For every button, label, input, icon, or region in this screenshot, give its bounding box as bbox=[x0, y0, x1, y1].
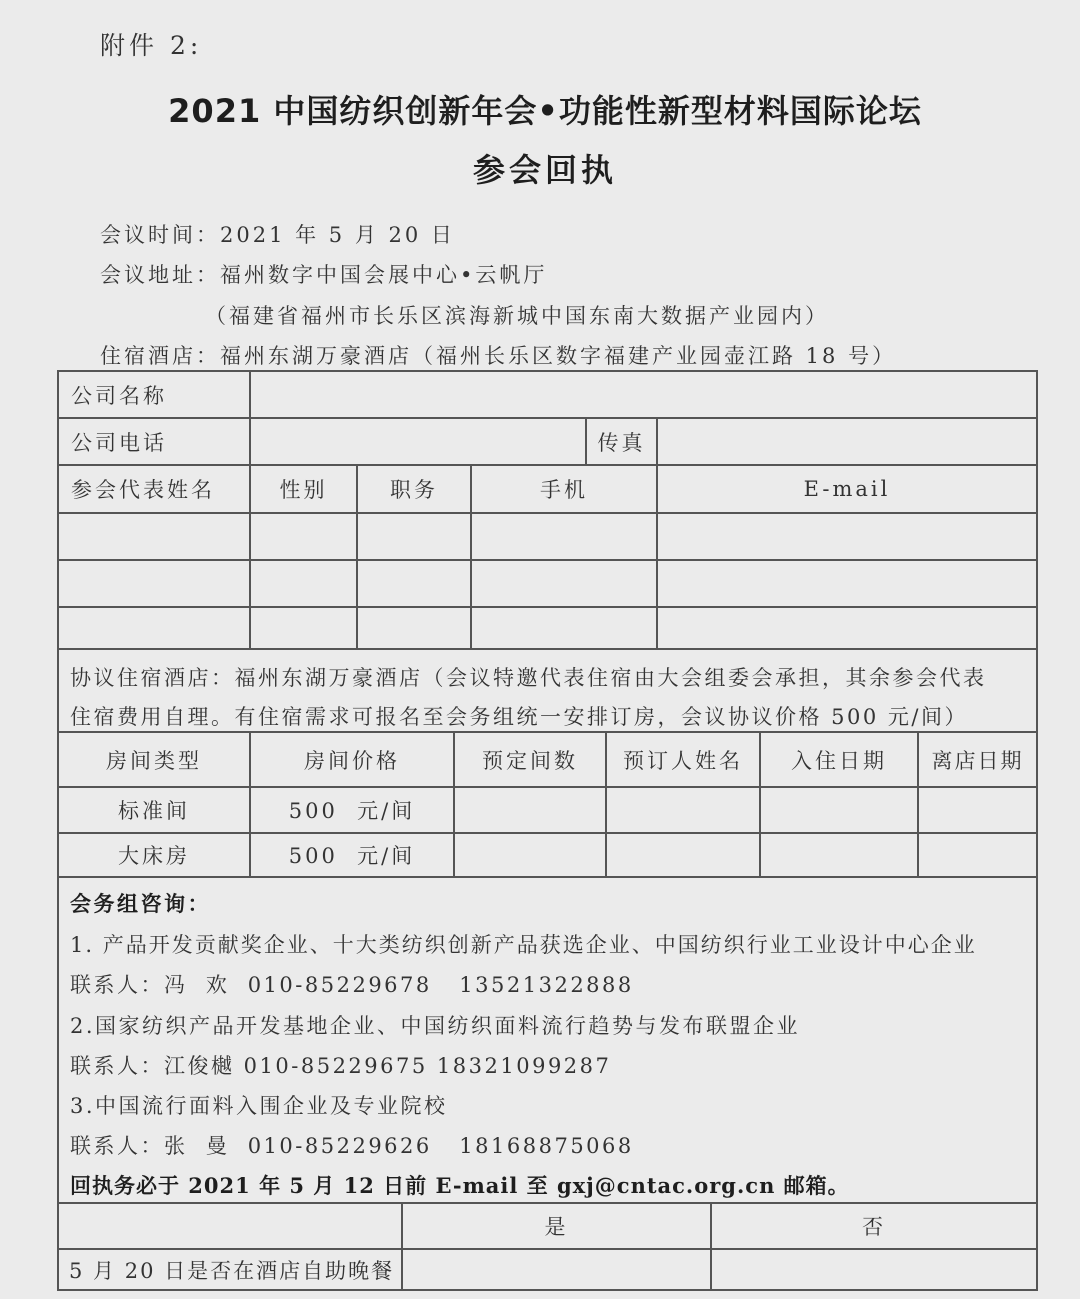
dinner-header-yes: 是 bbox=[403, 1204, 710, 1248]
room-price-standard: 500 元/间 bbox=[251, 788, 453, 832]
header-booker-name: 预订人姓名 bbox=[607, 733, 759, 786]
meeting-address-detail: （福建省福州市长乐区滨海新城中国东南大数据产业园内） bbox=[205, 300, 829, 330]
dinner-header-blank bbox=[59, 1204, 401, 1248]
participant-mobile-input[interactable] bbox=[472, 514, 656, 559]
contact-heading: 会务组咨询： bbox=[70, 888, 211, 918]
hotel-note-line2: 住宿费用自理。有住宿需求可报名至会务组统一安排订房，会议协议价格 500 元/间… bbox=[70, 701, 968, 731]
room-count-input[interactable] bbox=[455, 834, 605, 876]
header-participant-name: 参会代表姓名 bbox=[59, 466, 249, 512]
participant-position-input[interactable] bbox=[358, 514, 470, 559]
dinner-yes-cell[interactable] bbox=[403, 1250, 710, 1289]
room-type-standard: 标准间 bbox=[59, 788, 249, 832]
header-room-type: 房间类型 bbox=[59, 733, 249, 786]
dinner-header-no: 否 bbox=[712, 1204, 1036, 1248]
reply-deadline: 回执务必于 2021 年 5 月 12 日前 E-mail 至 gxj@cnta… bbox=[70, 1170, 850, 1200]
participant-gender-input[interactable] bbox=[251, 608, 356, 648]
contact-category-1: 1. 产品开发贡献奖企业、十大类纺织创新产品获选企业、中国纺织行业工业设计中心企… bbox=[70, 929, 977, 959]
participant-position-input[interactable] bbox=[358, 608, 470, 648]
participant-name-input[interactable] bbox=[59, 608, 249, 648]
participant-email-input[interactable] bbox=[658, 514, 1036, 559]
contact-person-1: 联系人：冯 欢 010-85229678 13521322888 bbox=[70, 969, 634, 999]
hline bbox=[57, 648, 1038, 650]
header-mobile: 手机 bbox=[472, 466, 656, 512]
checkin-date-input[interactable] bbox=[761, 834, 917, 876]
meeting-address: 会议地址：福州数字中国会展中心•云帆厅 bbox=[100, 259, 547, 289]
participant-email-input[interactable] bbox=[658, 561, 1036, 606]
document-subtitle: 参会回执 bbox=[0, 145, 1080, 191]
header-room-count: 预定间数 bbox=[455, 733, 605, 786]
dinner-no-cell[interactable] bbox=[712, 1250, 1036, 1289]
booker-name-input[interactable] bbox=[607, 834, 759, 876]
header-position: 职务 bbox=[358, 466, 470, 512]
company-phone-label: 公司电话 bbox=[59, 419, 249, 464]
participant-gender-input[interactable] bbox=[251, 514, 356, 559]
dinner-question: 5 月 20 日是否在酒店自助晚餐 bbox=[59, 1250, 399, 1289]
company-name-label: 公司名称 bbox=[59, 372, 249, 417]
header-checkin-date: 入住日期 bbox=[761, 733, 917, 786]
document-title: 2021 中国纺织创新年会•功能性新型材料国际论坛 bbox=[0, 86, 1080, 132]
participant-mobile-input[interactable] bbox=[472, 608, 656, 648]
header-gender: 性别 bbox=[251, 466, 356, 512]
contact-category-3: 3.中国流行面料入围企业及专业院校 bbox=[70, 1090, 448, 1120]
meeting-time: 会议时间：2021 年 5 月 20 日 bbox=[100, 219, 455, 249]
participant-mobile-input[interactable] bbox=[472, 561, 656, 606]
attachment-label: 附件 2: bbox=[100, 26, 202, 62]
company-name-field[interactable] bbox=[251, 372, 1036, 417]
participant-position-input[interactable] bbox=[358, 561, 470, 606]
meeting-hotel: 住宿酒店：福州东湖万豪酒店（福州长乐区数字福建产业园壶江路 18 号） bbox=[100, 340, 896, 370]
contact-person-2: 联系人：江俊樾 010-85229675 18321099287 bbox=[70, 1050, 611, 1080]
checkout-date-input[interactable] bbox=[919, 834, 1036, 876]
fax-label: 传真 bbox=[587, 419, 656, 464]
booker-name-input[interactable] bbox=[607, 788, 759, 832]
room-price-king: 500 元/间 bbox=[251, 834, 453, 876]
hline bbox=[57, 1289, 1038, 1291]
fax-field[interactable] bbox=[658, 419, 1036, 464]
header-room-price: 房间价格 bbox=[251, 733, 453, 786]
participant-name-input[interactable] bbox=[59, 514, 249, 559]
contact-person-3: 联系人：张 曼 010-85229626 18168875068 bbox=[70, 1130, 634, 1160]
header-checkout-date: 离店日期 bbox=[919, 733, 1036, 786]
room-count-input[interactable] bbox=[455, 788, 605, 832]
checkin-date-input[interactable] bbox=[761, 788, 917, 832]
hotel-note-line1: 协议住宿酒店：福州东湖万豪酒店（会议特邀代表住宿由大会组委会承担，其余参会代表 bbox=[70, 662, 987, 692]
contact-category-2: 2.国家纺织产品开发基地企业、中国纺织面料流行趋势与发布联盟企业 bbox=[70, 1010, 800, 1040]
table-border-right bbox=[1036, 370, 1038, 1291]
participant-name-input[interactable] bbox=[59, 561, 249, 606]
header-email: E-mail bbox=[658, 466, 1036, 512]
hline bbox=[57, 876, 1038, 878]
company-phone-field[interactable] bbox=[251, 419, 585, 464]
participant-email-input[interactable] bbox=[658, 608, 1036, 648]
checkout-date-input[interactable] bbox=[919, 788, 1036, 832]
participant-gender-input[interactable] bbox=[251, 561, 356, 606]
room-type-king: 大床房 bbox=[59, 834, 249, 876]
